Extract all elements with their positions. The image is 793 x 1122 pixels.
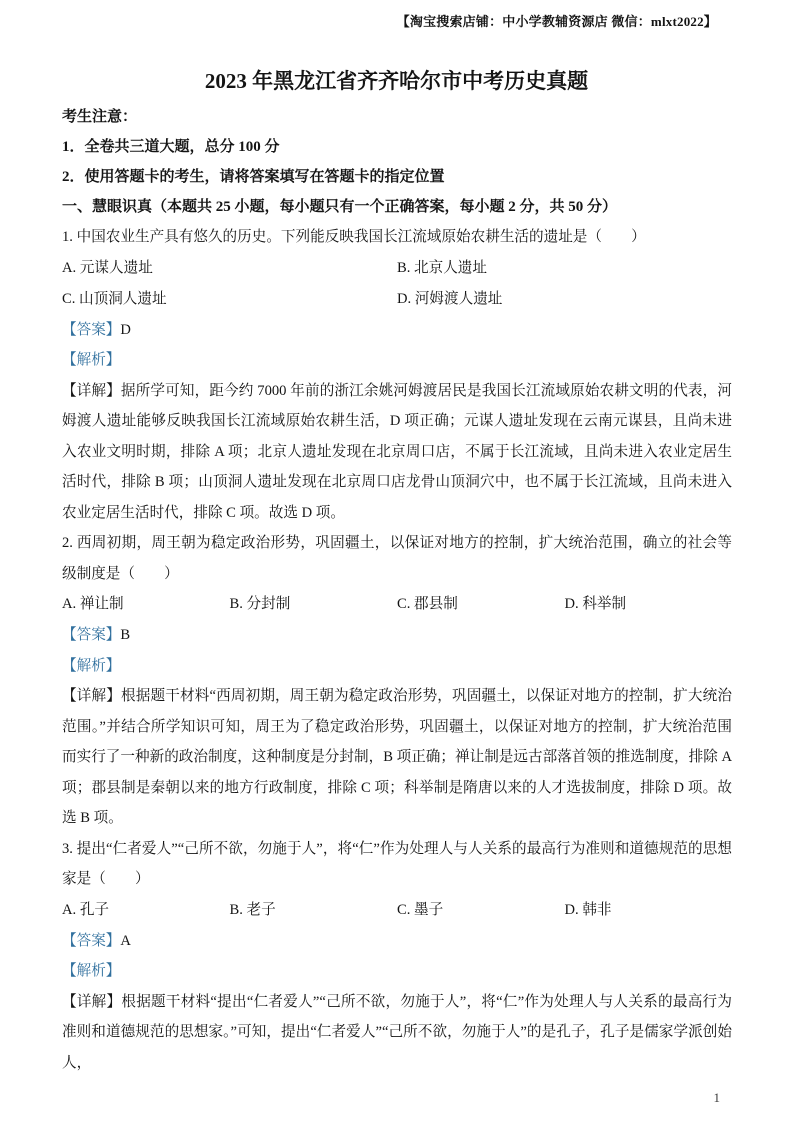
answer-label: 【答案】 [62, 322, 120, 338]
option-c: C. 墨子 [397, 895, 565, 926]
answer-label: 【答案】 [62, 627, 120, 643]
page-number: 1 [714, 1090, 721, 1106]
detail-label: 【详解】 [62, 688, 121, 704]
notice-item-1: 1．全卷共三道大题，总分 100 分 [62, 132, 732, 162]
document-page: 【淘宝搜索店铺：中小学教辅资源店 微信：mlxt2022】 2023 年黑龙江省… [0, 0, 793, 1122]
answer-value: D [120, 322, 131, 338]
option-a: A. 禅让制 [62, 589, 230, 620]
page-title: 2023 年黑龙江省齐齐哈尔市中考历史真题 [0, 66, 793, 96]
detail-text: 据所学可知，距今约 7000 年前的浙江余姚河姆渡居民是我国长江流域原始农耕文明… [62, 383, 732, 521]
detail-paragraph: 【详解】据所学可知，距今约 7000 年前的浙江余姚河姆渡居民是我国长江流域原始… [62, 376, 732, 529]
detail-paragraph: 【详解】根据题干材料“西周初期，周王朝为稳定政治形势，巩固疆土，以保证对地方的控… [62, 681, 732, 834]
option-b: B. 北京人遗址 [397, 253, 732, 284]
answer-value: A [120, 933, 131, 949]
option-d: D. 韩非 [565, 895, 733, 926]
question-1: 1. 中国农业生产具有悠久的历史。下列能反映我国长江流域原始农耕生活的遗址是（ … [62, 222, 732, 528]
question-3: 3. 提出“仁者爱人”“己所不欲，勿施于人”，将“仁”作为处理人与人关系的最高行… [62, 834, 732, 1079]
question-stem: 1. 中国农业生产具有悠久的历史。下列能反映我国长江流域原始农耕生活的遗址是（ … [62, 222, 732, 253]
notice-heading: 考生注意： [62, 102, 732, 132]
option-c: C. 郡县制 [397, 589, 565, 620]
page-content: 考生注意： 1．全卷共三道大题，总分 100 分 2．使用答题卡的考生，请将答案… [0, 96, 793, 1078]
option-d: D. 科举制 [565, 589, 733, 620]
option-b: B. 老子 [230, 895, 398, 926]
detail-text: 根据题干材料“西周初期，周王朝为稳定政治形势，巩固疆土，以保证对地方的控制，扩大… [62, 688, 732, 826]
detail-paragraph: 【详解】根据题干材料“提出“仁者爱人”“己所不欲，勿施于人”，将“仁”作为处理人… [62, 987, 732, 1079]
answer-label: 【答案】 [62, 933, 120, 949]
options-grid: A. 孔子 B. 老子 C. 墨子 D. 韩非 [62, 895, 732, 926]
option-a: A. 元谋人遗址 [62, 253, 397, 284]
answer-line: 【答案】A [62, 926, 732, 957]
option-b: B. 分封制 [230, 589, 398, 620]
options-grid: A. 元谋人遗址 B. 北京人遗址 C. 山顶洞人遗址 D. 河姆渡人遗址 [62, 253, 732, 315]
analysis-label: 【解析】 [62, 345, 732, 376]
answer-line: 【答案】D [62, 315, 732, 346]
detail-text: 根据题干材料“提出“仁者爱人”“己所不欲，勿施于人”，将“仁”作为处理人与人关系… [62, 994, 732, 1071]
option-a: A. 孔子 [62, 895, 230, 926]
detail-label: 【详解】 [62, 383, 121, 399]
detail-label: 【详解】 [62, 994, 121, 1010]
option-d: D. 河姆渡人遗址 [397, 284, 732, 315]
question-stem: 2. 西周初期，周王朝为稳定政治形势，巩固疆土，以保证对地方的控制，扩大统治范围… [62, 528, 732, 589]
notice-item-2: 2．使用答题卡的考生，请将答案填写在答题卡的指定位置 [62, 162, 732, 192]
analysis-label: 【解析】 [62, 956, 732, 987]
analysis-label: 【解析】 [62, 651, 732, 682]
section-heading: 一、慧眼识真（本题共 25 小题，每小题只有一个正确答案，每小题 2 分，共 5… [62, 192, 732, 222]
options-grid: A. 禅让制 B. 分封制 C. 郡县制 D. 科举制 [62, 589, 732, 620]
answer-value: B [120, 627, 130, 643]
question-2: 2. 西周初期，周王朝为稳定政治形势，巩固疆土，以保证对地方的控制，扩大统治范围… [62, 528, 732, 834]
question-stem: 3. 提出“仁者爱人”“己所不欲，勿施于人”，将“仁”作为处理人与人关系的最高行… [62, 834, 732, 895]
header-note: 【淘宝搜索店铺：中小学教辅资源店 微信：mlxt2022】 [397, 11, 717, 30]
answer-line: 【答案】B [62, 620, 732, 651]
option-c: C. 山顶洞人遗址 [62, 284, 397, 315]
